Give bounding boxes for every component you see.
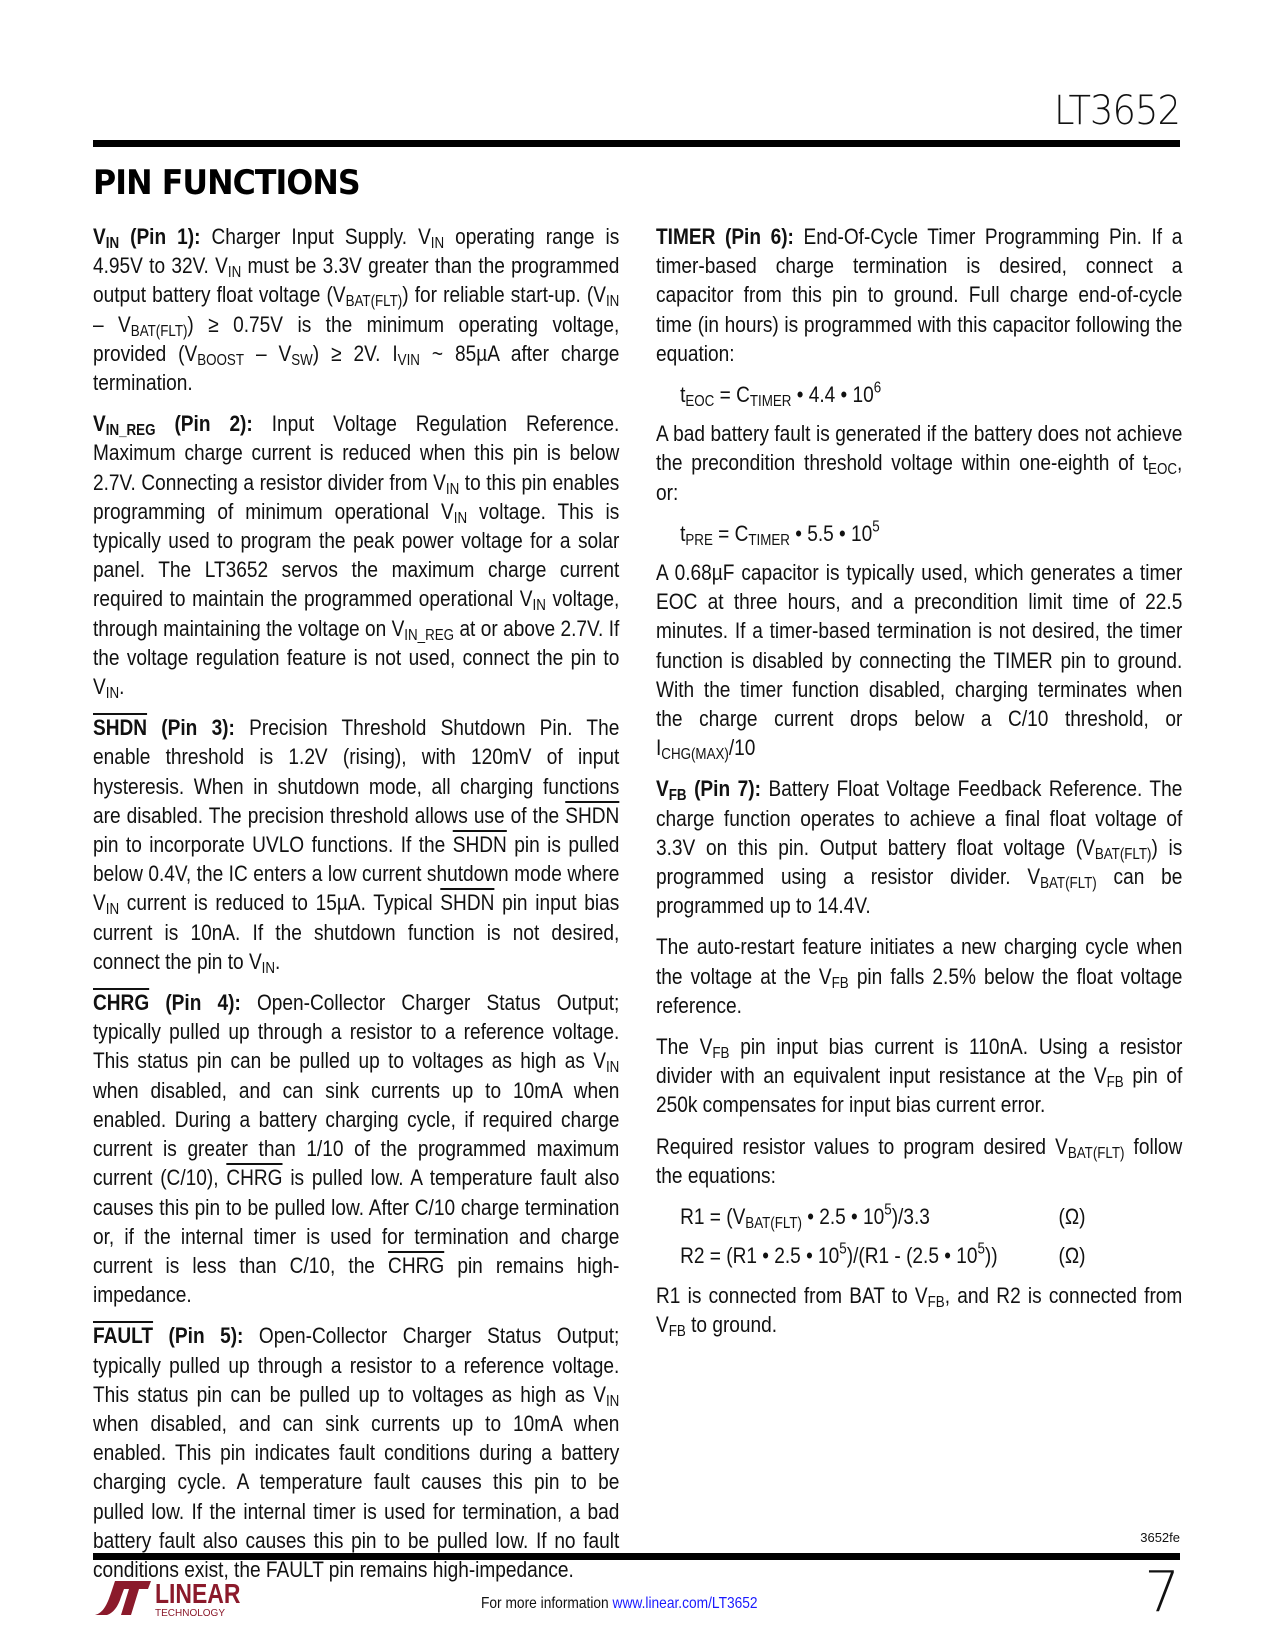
equation-tpre: tPRE = CTIMER • 5.5 • 105	[656, 519, 1182, 548]
pin-label: VIN_REG (Pin 2):	[93, 411, 253, 436]
pin-chrg: CHRG (Pin 4): Open-Collector Charger Sta…	[93, 988, 619, 1309]
svg-text:LINEAR: LINEAR	[155, 1579, 240, 1610]
page-number: 7	[1144, 1560, 1180, 1625]
pin-vin: VIN (Pin 1): Charger Input Supply. VIN o…	[93, 222, 619, 397]
equation-r1: R1 = (VBAT(FLT) • 2.5 • 105)/3.3 (Ω)	[656, 1202, 1182, 1231]
part-number-header: LT3652	[1054, 88, 1180, 134]
pin-label: CHRG (Pin 4):	[93, 990, 241, 1015]
pin-shdn: SHDN (Pin 3): Precision Threshold Shutdo…	[93, 713, 619, 976]
pin-vin-reg: VIN_REG (Pin 2): Input Voltage Regulatio…	[93, 409, 619, 701]
equation-teoc: tEOC = CTIMER • 4.4 • 106	[656, 380, 1182, 409]
top-rule	[93, 140, 1180, 147]
vfb-connection-text: R1 is connected from BAT to VFB, and R2 …	[656, 1281, 1182, 1339]
svg-text:TECHNOLOGY: TECHNOLOGY	[155, 1608, 225, 1619]
document-code: 3652fe	[1140, 1530, 1180, 1545]
pin-fault: FAULT (Pin 5): Open-Collector Charger St…	[93, 1321, 619, 1584]
pin-label: SHDN (Pin 3):	[93, 715, 235, 740]
unit-ohm: (Ω)	[1058, 1202, 1085, 1231]
linear-technology-logo: LINEAR TECHNOLOGY	[93, 1575, 263, 1619]
pin-label: VFB (Pin 7):	[656, 776, 761, 801]
equation-r2: R2 = (R1 • 2.5 • 105)/(R1 - (2.5 • 105))…	[656, 1241, 1182, 1270]
product-link[interactable]: www.linear.com/LT3652	[613, 1595, 758, 1612]
pin-timer: TIMER (Pin 6): End-Of-Cycle Timer Progra…	[656, 222, 1182, 368]
pin-vfb: VFB (Pin 7): Battery Float Voltage Feedb…	[656, 774, 1182, 920]
vfb-auto-restart-text: The auto-restart feature initiates a new…	[656, 932, 1182, 1020]
vfb-bias-text: The VFB pin input bias current is 110nA.…	[656, 1032, 1182, 1120]
lt-logo-icon: LINEAR TECHNOLOGY	[93, 1575, 263, 1619]
section-title: PIN FUNCTIONS	[93, 163, 360, 203]
pin-label: VIN (Pin 1):	[93, 224, 200, 249]
footer-info: For more information www.linear.com/LT36…	[481, 1595, 758, 1613]
bottom-rule	[93, 1553, 1180, 1560]
right-column: TIMER (Pin 6): End-Of-Cycle Timer Progra…	[656, 222, 1182, 1351]
left-column: VIN (Pin 1): Charger Input Supply. VIN o…	[93, 222, 619, 1596]
vfb-resistor-text: Required resistor values to program desi…	[656, 1132, 1182, 1190]
timer-bad-battery-text: A bad battery fault is generated if the …	[656, 419, 1182, 507]
pin-label: TIMER (Pin 6):	[656, 224, 794, 249]
unit-ohm: (Ω)	[1058, 1241, 1085, 1270]
pin-label: FAULT (Pin 5):	[93, 1323, 243, 1348]
timer-capacitor-text: A 0.68µF capacitor is typically used, wh…	[656, 558, 1182, 762]
